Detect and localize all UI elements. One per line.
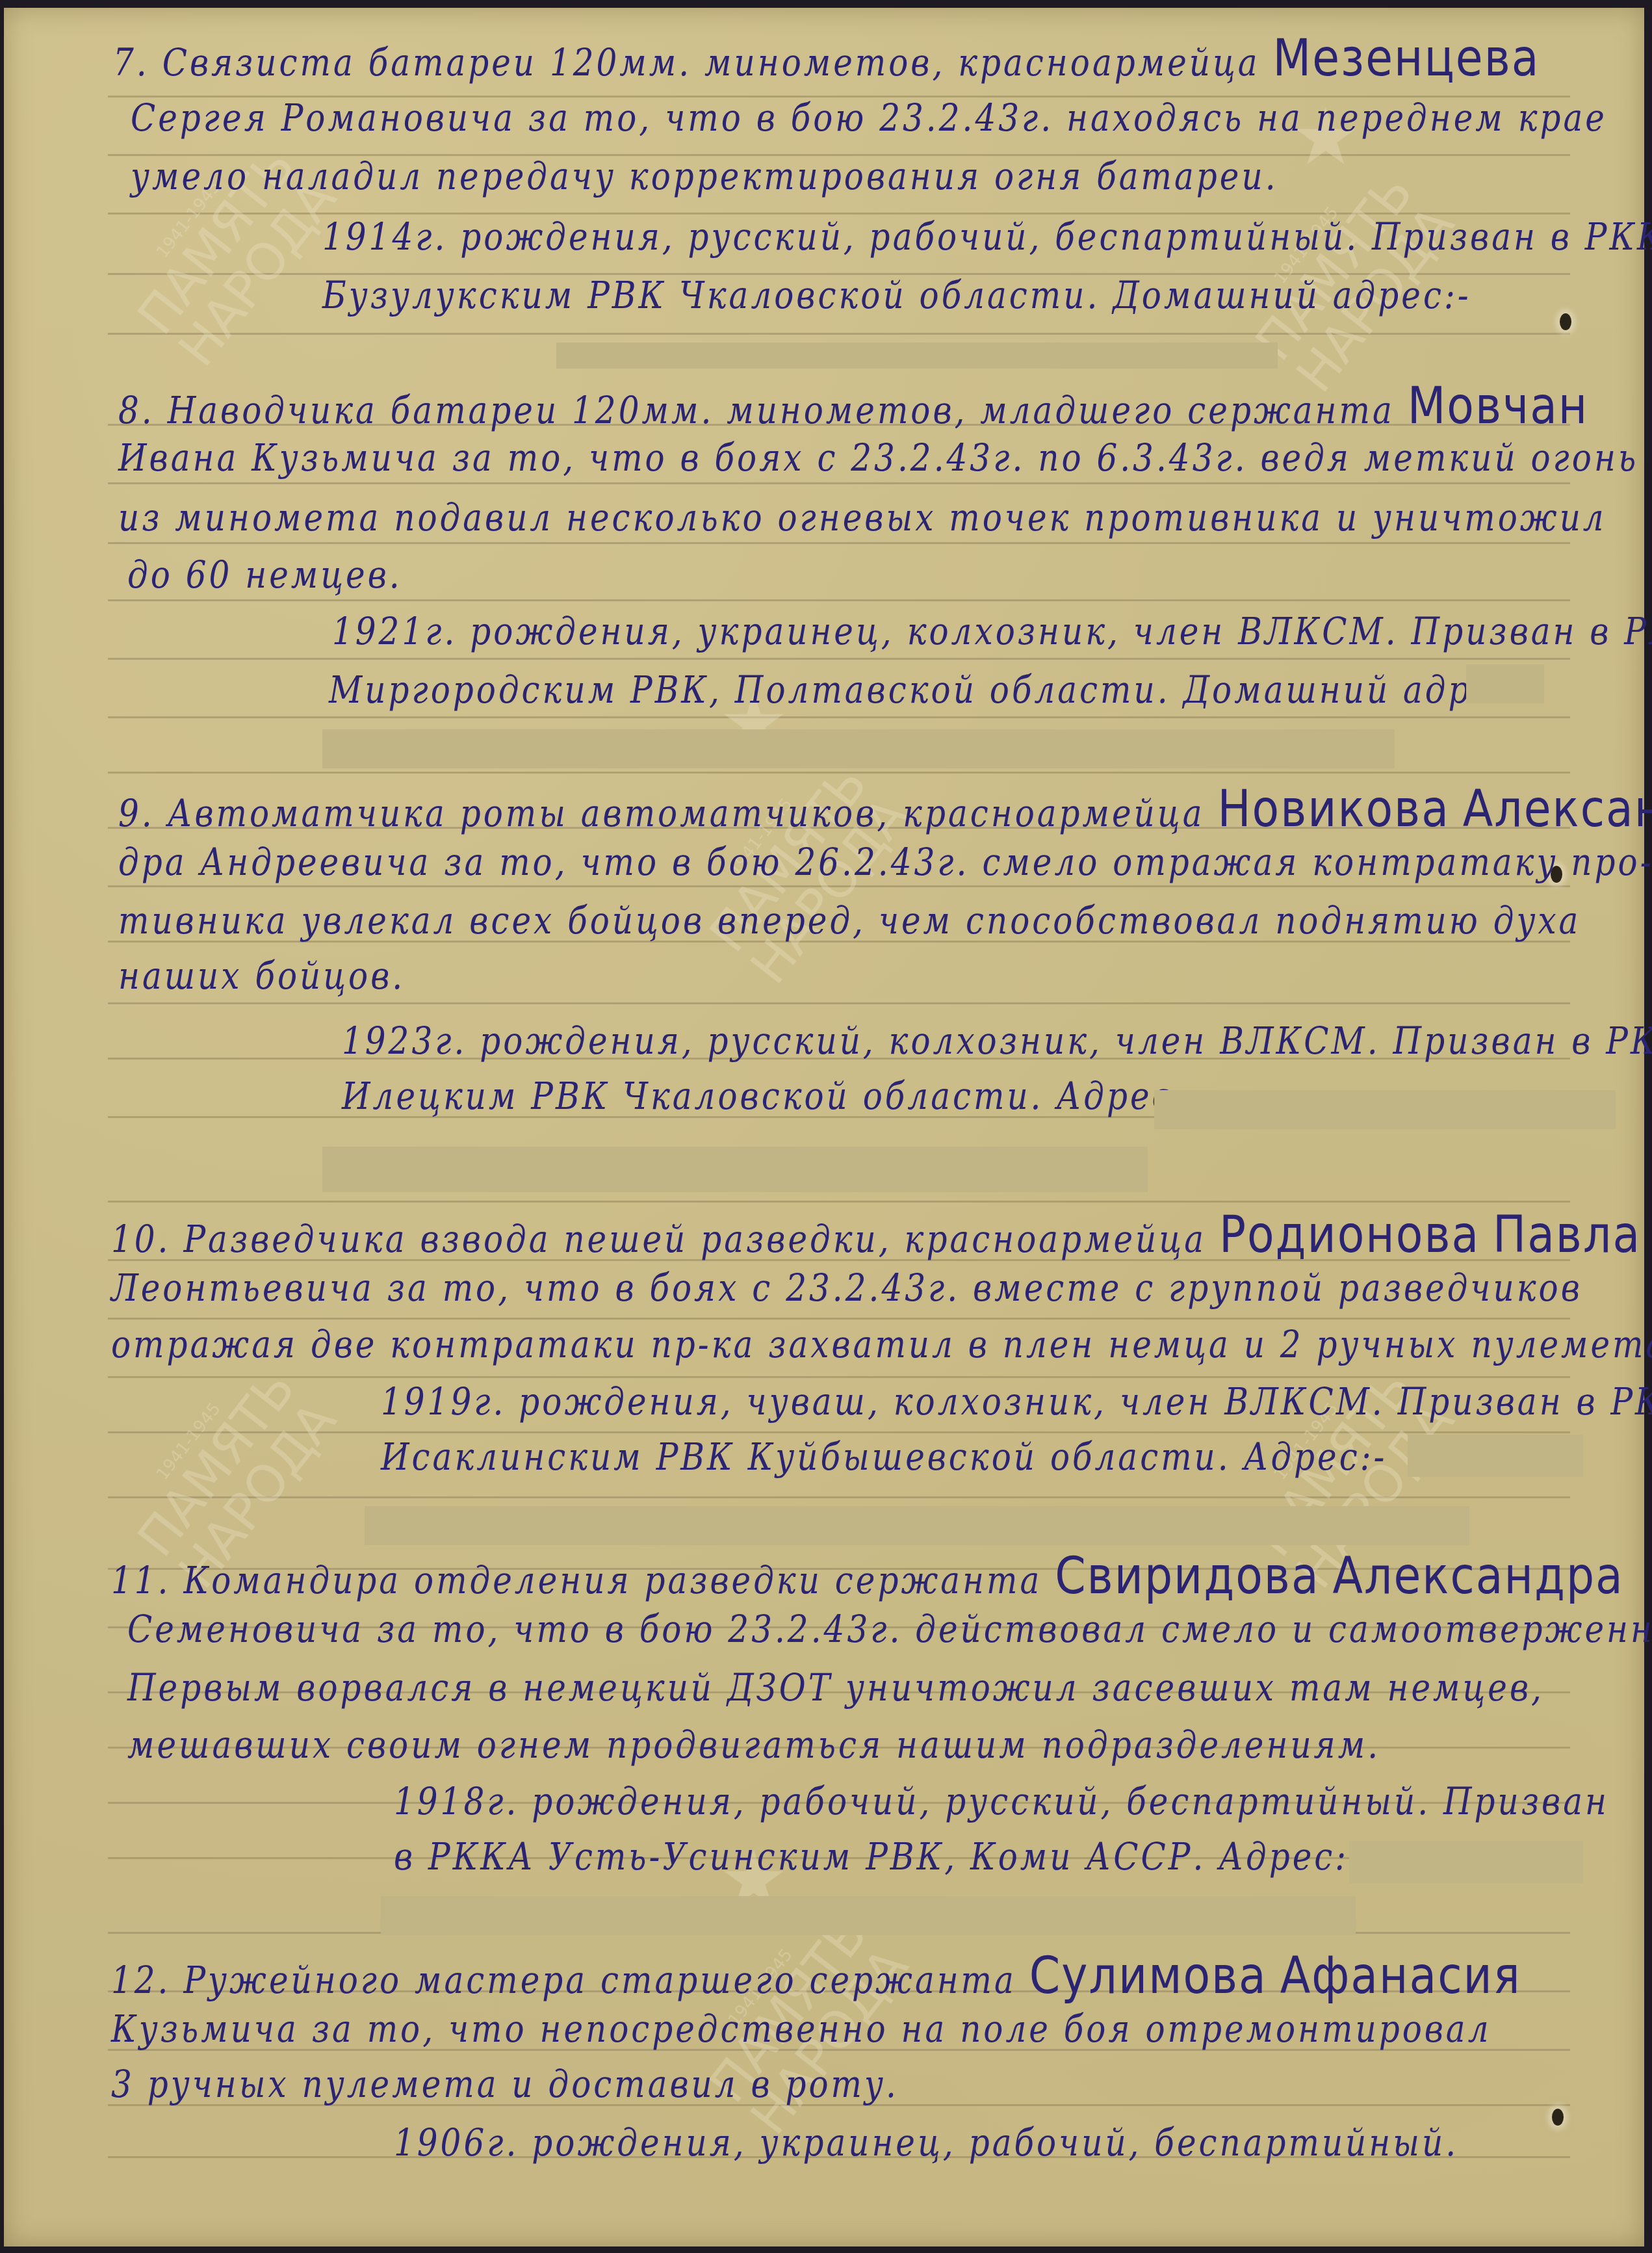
entry-line: 10. Разведчика взвода пешей разведки, кр… (111, 1206, 1641, 1265)
ruled-line (108, 1496, 1570, 1498)
ruled-line (108, 1431, 1570, 1433)
punch-hole (1552, 2109, 1564, 2126)
entry-number: 12. (111, 1959, 171, 2003)
soldier-surname: Родионова (1219, 1206, 1480, 1265)
entry-line: отражая две контратаки пр-ка захватил в … (111, 1323, 1652, 1366)
ruled-line (108, 333, 1570, 335)
entry-number: 10. (111, 1218, 171, 1262)
entry-line: в РККА Усть-Усинским РВК, Коми АССР. Адр… (394, 1835, 1349, 1879)
entry-number: 11. (111, 1559, 171, 1603)
ruled-line (108, 213, 1570, 215)
soldier-surname: Новикова (1217, 780, 1449, 839)
ruled-line (108, 716, 1570, 718)
entry-number: 9. (118, 792, 155, 836)
entry-text: Наводчика батареи 120мм. минометов, млад… (168, 389, 1395, 433)
entry-line: 7. Связиста батареи 120мм. минометов, кр… (113, 29, 1540, 88)
entry-line: мешавших своим огнем продвигаться нашим … (127, 1723, 1380, 1767)
ruled-line (108, 658, 1570, 660)
entry-line: Семеновича за то, что в бою 23.2.43г. де… (127, 1608, 1652, 1651)
redacted-address (1349, 1841, 1583, 1883)
punch-hole (1560, 313, 1571, 330)
soldier-surname: Мовчан (1408, 377, 1589, 436)
entry-line: Кузьмича за то, что непосредственно на п… (111, 2007, 1491, 2051)
soldier-surname: Свиридова (1055, 1547, 1319, 1606)
redacted-address (322, 1147, 1148, 1192)
entry-line: Ивана Кузьмича за то, что в боях с 23.2.… (118, 436, 1638, 480)
entry-line: 12. Ружейного мастера старшего сержанта … (111, 1947, 1521, 2006)
soldier-surname: Сулимова (1029, 1947, 1267, 2006)
entry-line: умело наладил передачу корректирования о… (131, 155, 1278, 198)
entry-line: Первым ворвался в немецкий ДЗОТ уничтожи… (127, 1666, 1544, 1710)
redacted-address (1154, 1090, 1616, 1129)
ruled-line (108, 1376, 1570, 1378)
entry-line: Сергея Романовича за то, что в бою 23.2.… (131, 96, 1607, 140)
ruled-line (108, 599, 1570, 601)
ruled-line (108, 772, 1570, 774)
entry-line: Илецким РВК Чкаловской области. Адрес:- (342, 1074, 1200, 1118)
entry-text: Автоматчика роты автоматчиков, красноарм… (168, 792, 1205, 836)
entry-line: Исаклинским РВК Куйбышевской области. Ад… (381, 1435, 1387, 1479)
redacted-address (1408, 1435, 1583, 1477)
entry-line: 11. Командира отделения разведки сержант… (111, 1547, 1624, 1606)
ruled-line (108, 1002, 1570, 1004)
entry-line: тивника увлекал всех бойцов вперед, чем … (118, 899, 1581, 943)
entry-line: до 60 немцев. (127, 553, 402, 597)
redacted-address (556, 343, 1278, 369)
entry-line: 3 ручных пулемета и доставил в роту. (111, 2063, 899, 2106)
ruled-line (108, 482, 1570, 484)
entry-line: 1906г. рождения, украинец, рабочий, бесп… (394, 2121, 1458, 2165)
entry-line: 8. Наводчика батареи 120мм. минометов, м… (118, 377, 1588, 436)
entry-text: Разведчика взвода пешей разведки, красно… (183, 1218, 1206, 1262)
soldier-given-name: Афанасия (1280, 1947, 1521, 2006)
ruled-line (108, 1201, 1570, 1203)
entry-line: 1914г. рождения, русский, рабочий, беспа… (322, 215, 1652, 259)
redacted-address (381, 1896, 1356, 1935)
soldier-given-name: Павла (1493, 1206, 1641, 1265)
entry-line: 1919г. рождения, чуваш, колхозник, член … (381, 1380, 1652, 1424)
entry-line: Леонтьевича за то, что в боях с 23.2.43г… (111, 1266, 1582, 1310)
soldier-given-name: Алексан- (1463, 780, 1652, 839)
archival-document-page: 1941-1945 ПАМЯТЬ НАРОДА 1941-1945 ПАМЯТЬ… (4, 8, 1644, 2246)
soldier-surname: Мезенцева (1273, 29, 1540, 88)
entry-line: 1921г. рождения, украинец, колхозник, чл… (332, 610, 1652, 653)
entry-number: 8. (118, 389, 155, 433)
entry-line: из миномета подавил несколько огневых то… (118, 496, 1607, 540)
entry-text: Ружейного мастера старшего сержанта (183, 1959, 1016, 2003)
entry-text: Связиста батареи 120мм. минометов, красн… (162, 42, 1260, 85)
redacted-address (365, 1506, 1469, 1545)
entry-line: дра Андреевича за то, что в бою 26.2.43г… (118, 840, 1652, 884)
entry-line: 9. Автоматчика роты автоматчиков, красно… (118, 780, 1652, 839)
redacted-address (322, 729, 1395, 768)
entry-number: 7. (113, 42, 149, 85)
entry-text: Командира отделения разведки сержанта (183, 1559, 1042, 1603)
redacted-address (1466, 664, 1544, 703)
soldier-given-name: Александра (1333, 1547, 1624, 1606)
entry-line: наших бойцов. (118, 954, 405, 998)
watermark-title: ПАМЯТЬ (127, 1360, 307, 1567)
ruled-line (108, 542, 1570, 544)
ruled-line (108, 885, 1570, 887)
entry-line: 1918г. рождения, рабочий, русский, беспа… (394, 1780, 1609, 1823)
entry-line: Миргородским РВК, Полтавской области. До… (329, 668, 1542, 712)
entry-line: 1923г. рождения, русский, колхозник, чле… (342, 1019, 1652, 1063)
entry-line: Бузулукским РВК Чкаловской области. Дома… (322, 274, 1471, 317)
ruled-line (108, 1318, 1570, 1320)
